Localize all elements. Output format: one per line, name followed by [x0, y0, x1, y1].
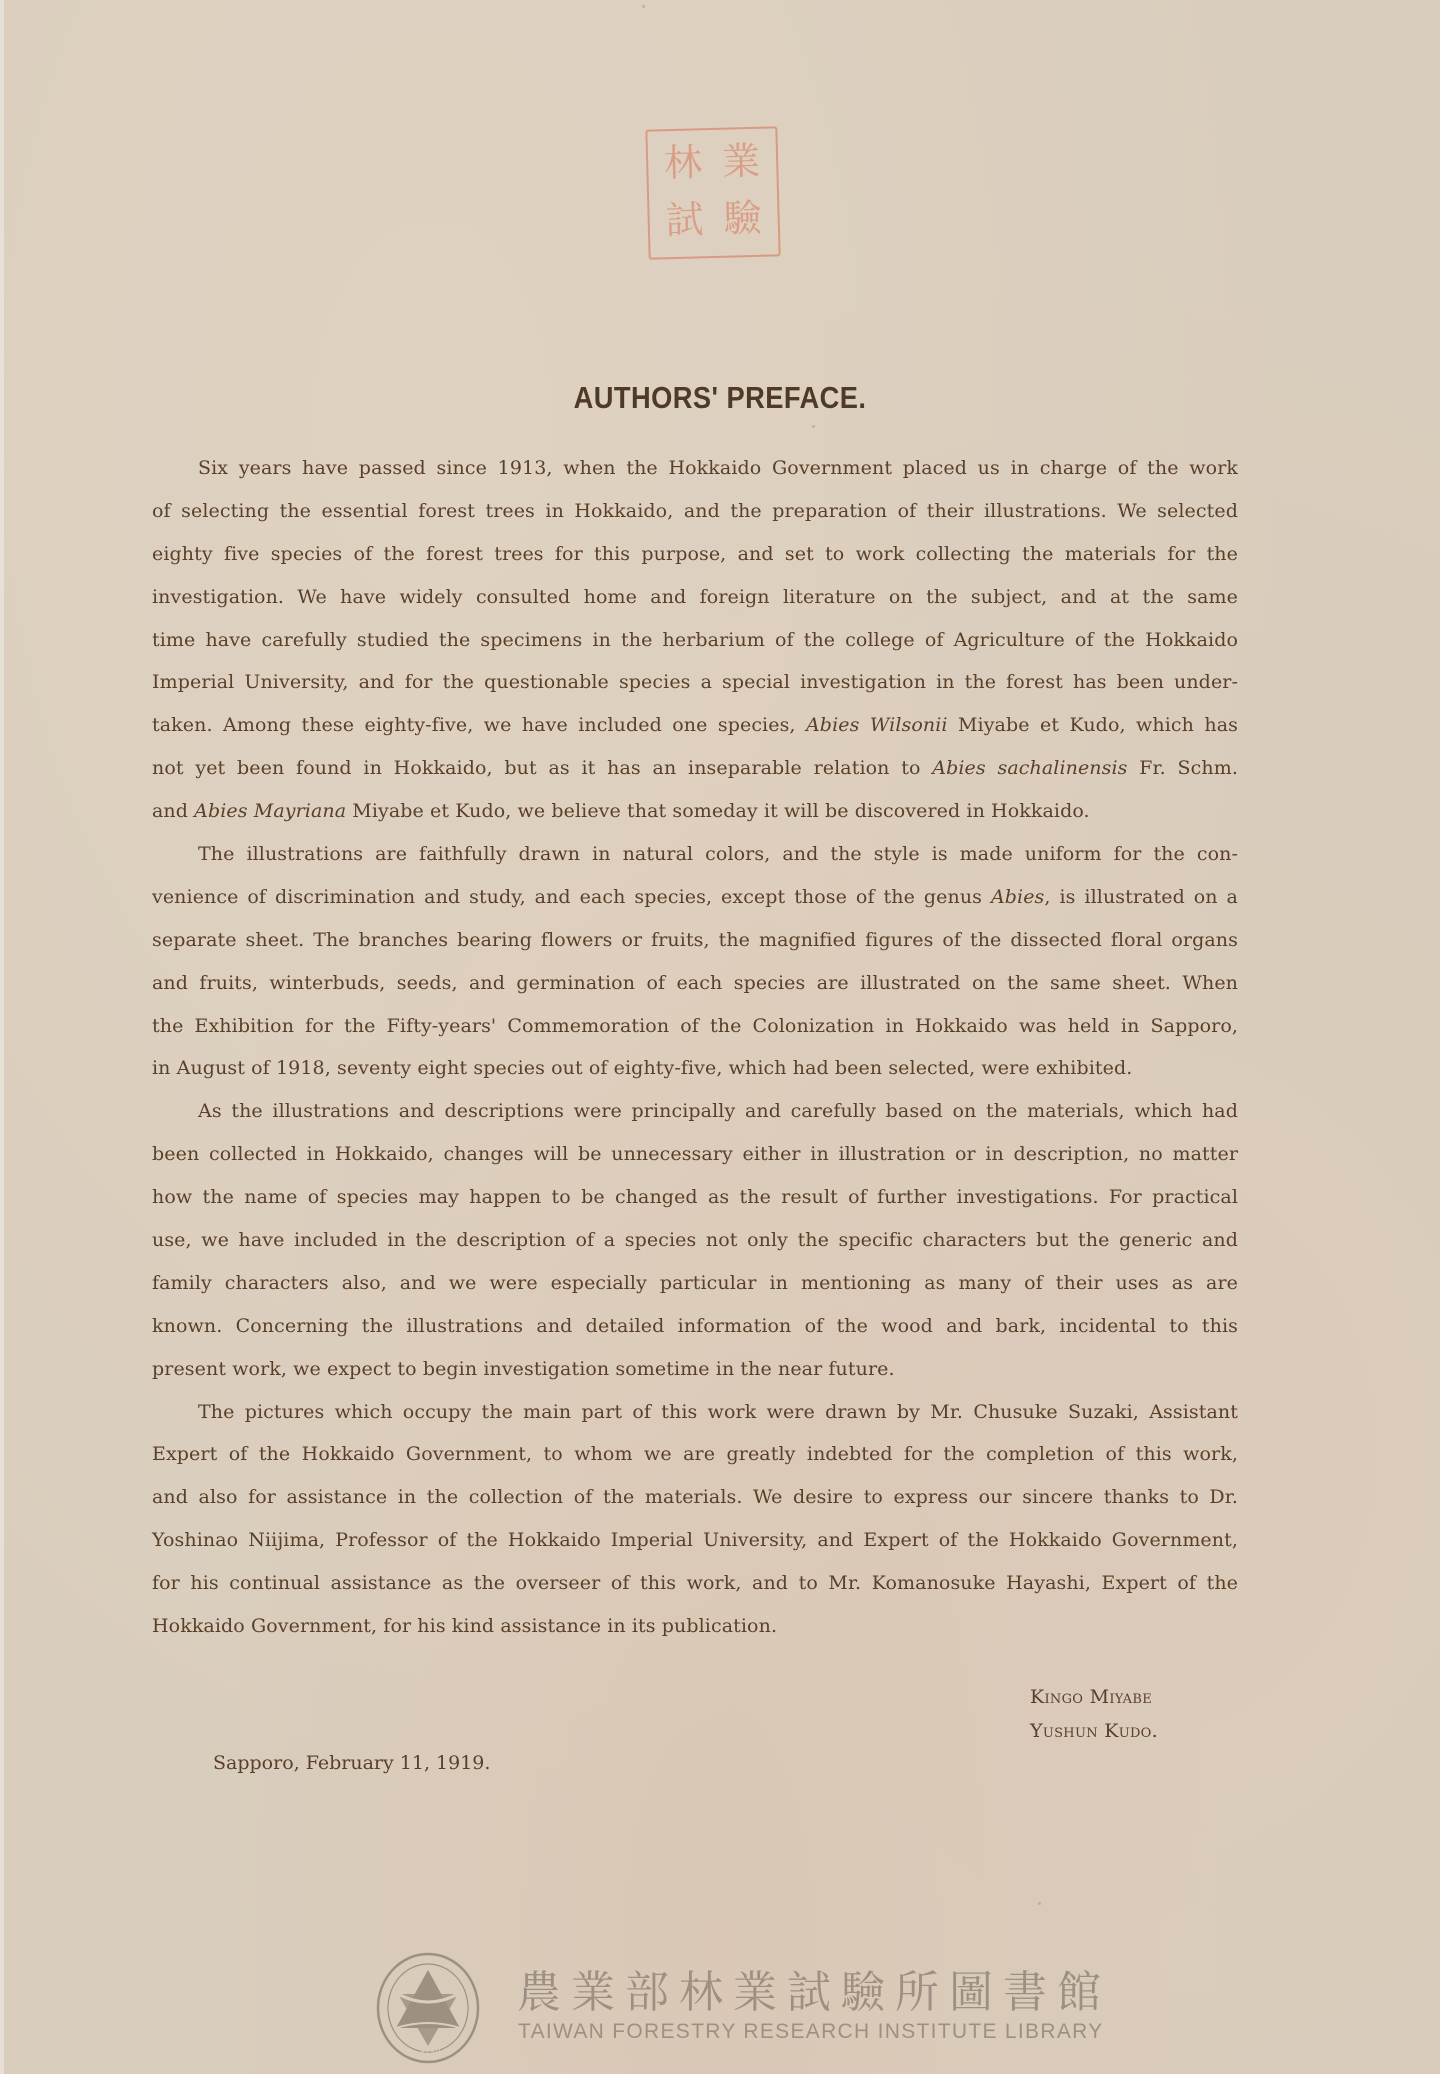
- text-line: The pictures which occupy the main part …: [152, 1391, 1238, 1434]
- text-line: investigation. We have widely consulted …: [152, 576, 1238, 619]
- signature-kingo-miyabe: Kingo Miyabe: [1030, 1680, 1158, 1714]
- institute-logo-icon: 1896: [372, 1948, 484, 2066]
- text-run: Fr. Schm.: [1128, 757, 1238, 779]
- text-line: in August of 1918, seventy eight species…: [152, 1047, 1238, 1090]
- text-line: separate sheet. The branches bearing flo…: [152, 919, 1238, 962]
- signature-yushun-kudo: Yushun Kudo.: [1030, 1714, 1158, 1748]
- species-name: Abies Mayriana: [194, 800, 346, 822]
- text-line: Yoshinao Niijima, Professor of the Hokka…: [152, 1519, 1238, 1562]
- text-line: time have carefully studied the specimen…: [152, 619, 1238, 662]
- species-name: Abies: [991, 886, 1044, 908]
- text-run: taken. Among these eighty-five, we have …: [152, 714, 806, 736]
- library-seal-stamp: 林 業 試 驗: [645, 126, 780, 259]
- text-run: Miyabe et Kudo, we believe that someday …: [346, 800, 1090, 822]
- species-name: Abies sachalinensis: [932, 757, 1127, 779]
- page-title: AUTHORS' PREFACE.: [86, 380, 1353, 416]
- species-name: Abies Wilsonii: [806, 714, 948, 736]
- text-line: present work, we expect to begin investi…: [152, 1348, 1238, 1391]
- text-line: how the name of species may happen to be…: [152, 1176, 1238, 1219]
- text-run: and: [152, 800, 194, 822]
- text-run: venience of discrimination and study, an…: [152, 886, 991, 908]
- preface-body: Six years have passed since 1913, when t…: [152, 447, 1238, 1648]
- page-edge: [0, 0, 4, 2074]
- svg-text:1896: 1896: [420, 2045, 440, 2054]
- text-line: known. Concerning the illustrations and …: [152, 1305, 1238, 1348]
- text-line: The illustrations are faithfully drawn i…: [152, 833, 1238, 876]
- text-line: taken. Among these eighty-five, we have …: [152, 704, 1238, 747]
- text-line: use, we have included in the description…: [152, 1219, 1238, 1262]
- text-line: for his continual assistance as the over…: [152, 1562, 1238, 1605]
- seal-glyph: 驗: [713, 191, 772, 249]
- text-line: As the illustrations and descriptions we…: [152, 1090, 1238, 1133]
- text-line: and Abies Mayriana Miyabe et Kudo, we be…: [152, 790, 1238, 833]
- seal-glyph: 業: [712, 135, 771, 193]
- text-line: venience of discrimination and study, an…: [152, 876, 1238, 919]
- seal-glyph: 試: [655, 193, 714, 251]
- library-name-chinese: 農業部林業試驗所圖書館: [517, 1956, 1111, 2020]
- text-line: and also for assistance in the collectio…: [152, 1476, 1238, 1519]
- text-run: , is illustrated on a: [1044, 886, 1238, 908]
- text-line: of selecting the essential forest trees …: [152, 490, 1238, 533]
- text-run: not yet been found in Hokkaido, but as i…: [152, 757, 932, 779]
- text-line: been collected in Hokkaido, changes will…: [152, 1133, 1238, 1176]
- text-line: Imperial University, and for the questio…: [152, 661, 1238, 704]
- text-run: Miyabe et Kudo, which has: [948, 714, 1238, 736]
- author-signatures: Kingo Miyabe Yushun Kudo.: [1030, 1680, 1158, 1748]
- text-line: Six years have passed since 1913, when t…: [152, 447, 1238, 490]
- text-line: eighty five species of the forest trees …: [152, 533, 1238, 576]
- place-and-date: Sapporo, February 11, 1919.: [213, 1752, 490, 1774]
- seal-glyph: 林: [654, 136, 713, 194]
- text-line: not yet been found in Hokkaido, but as i…: [152, 747, 1238, 790]
- text-line: family characters also, and we were espe…: [152, 1262, 1238, 1305]
- library-name-english: TAIWAN FORESTRY RESEARCH INSTITUTE LIBRA…: [518, 2020, 1104, 2044]
- text-line: Hokkaido Government, for his kind assist…: [152, 1605, 1238, 1648]
- text-line: the Exhibition for the Fifty-years' Comm…: [152, 1005, 1238, 1048]
- text-line: Expert of the Hokkaido Government, to wh…: [152, 1433, 1238, 1476]
- text-line: and fruits, winterbuds, seeds, and germi…: [152, 962, 1238, 1005]
- library-watermark: 1896 農業部林業試驗所圖書館 TAIWAN FORESTRY RESEARC…: [372, 1948, 1072, 2068]
